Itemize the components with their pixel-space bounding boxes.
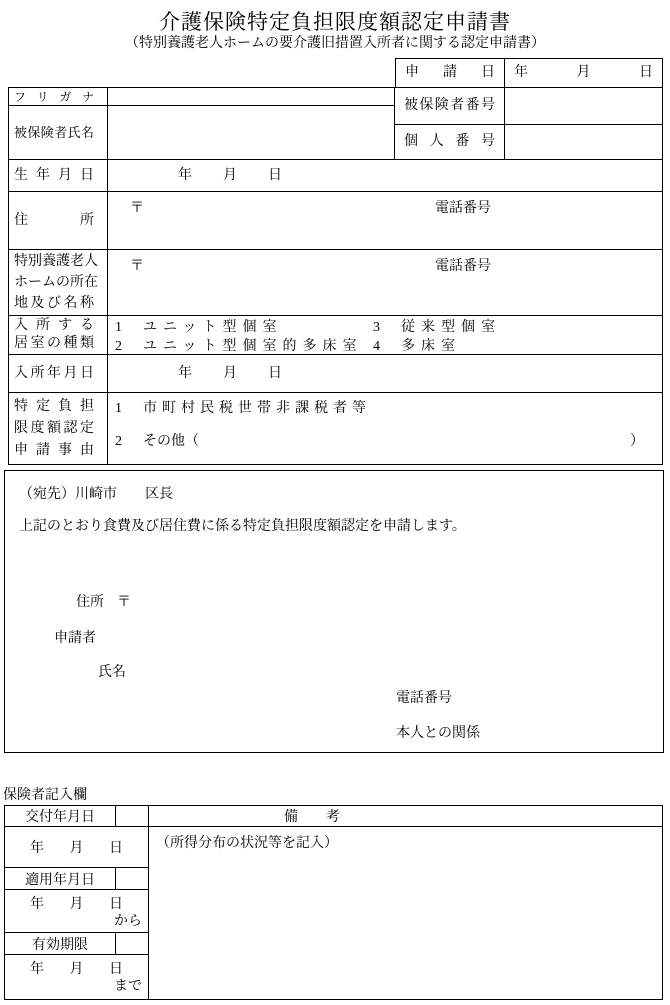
apply-date-value-cell[interactable]: 年月日 から [5,890,148,933]
validity-value-cell[interactable]: 年月日 まで [5,955,148,998]
applicant-name-label: 氏名 [98,661,126,681]
issue-date-header-row: 交付年月日 [5,806,148,827]
room-option-4[interactable]: 4 多床室 [373,337,461,356]
insurer-section-heading: 保険者記入欄 [3,784,87,804]
room-type-label-line1: 入所する [14,317,94,335]
address-phone-label: 電話番号 [435,200,491,218]
birth-date-label: 生年月日 [14,167,94,185]
room-type-label-line2: 居室の種類 [14,335,94,353]
application-date-label: 申請日 [405,64,495,82]
reason-label-line3: 申請事由 [14,440,94,462]
room-option-3-text: 従来型個室 [401,318,501,337]
application-date-value-cell[interactable]: 年月日 [505,58,663,88]
application-form-page: 介護保険特定負担限度額認定申請書 （特別養護老人ホームの要介護旧措置入所者に関す… [0,0,670,1005]
application-date-placeholder: 年月日 [514,64,653,82]
address-label: 住所 [14,212,94,230]
room-option-1-text: ユニット型個室 [143,318,282,337]
room-option-2-num: 2 [115,337,143,356]
application-date-label-cell: 申請日 [395,58,505,88]
facility-label-line3: 地及び名称 [14,293,94,314]
applicant-phone-label: 電話番号 [396,687,452,707]
postal-mark: 〒 [130,259,144,274]
personal-number-label-cell: 個人番号 [395,125,505,160]
room-option-4-num: 4 [373,337,401,356]
postal-mark: 〒 [117,591,131,611]
validity-suffix: まで [30,978,142,995]
room-option-1-num: 1 [115,318,143,337]
room-option-2-text: ユニット型個室的多床室 [143,337,362,356]
remarks-header-cell: 備 考 [149,806,662,827]
validity-label: 有効期限 [5,933,116,954]
reason-option-2-blank[interactable] [199,433,630,451]
reason-label-line1: 特定負担 [14,396,94,418]
reason-option-2-num: 2 [115,433,143,451]
address-label-cell: 住所 [8,192,108,250]
furigana-label-cell: フリガナ [8,88,108,106]
reason-options-cell: 1 市町村民税世帯非課税者等 2 その他（ ） [108,393,663,465]
furigana-label: フリガナ [14,88,94,106]
personal-number-value-cell[interactable] [505,125,663,160]
reason-option-2[interactable]: 2 その他（ ） [115,433,644,451]
room-option-3-num: 3 [373,318,401,337]
admission-date-label-cell: 入所年月日 [8,355,108,393]
applicant-info-table: 申請日 年月日 フリガナ 被保険者番号 被保険者氏名 個人番号 生年月日 年 [8,58,663,465]
room-type-options-cell: 1 ユニット型個室 3 従来型個室 2 ユニット型個室的多床室 4 多床室 [108,316,663,355]
apply-date-header-row: 適用年月日 [5,868,148,890]
validity-header-row: 有効期限 [5,933,148,955]
issue-date-label: 交付年月日 [5,806,116,826]
reason-option-2-close-paren: ） [630,433,644,451]
birth-date-value-cell[interactable]: 年月日 [108,160,663,192]
reason-label-line2: 限度額認定 [14,418,94,440]
form-subtitle: （特別養護老人ホームの要介護旧措置入所者に関する認定申請書） [0,32,670,52]
birth-date-label-cell: 生年月日 [8,160,108,192]
insured-number-value-cell[interactable] [505,88,663,125]
apply-date-label: 適用年月日 [5,868,116,889]
room-type-label-cell: 入所する 居室の種類 [8,316,108,355]
facility-label-line2: ホームの所在 [14,272,94,293]
facility-label-cell: 特別養護老人 ホームの所在 地及び名称 [8,250,108,316]
validity-placeholder: 年月日 [30,958,142,978]
reason-option-2-text: その他（ [143,433,199,451]
facility-value-cell[interactable]: 〒 電話番号 [108,250,663,316]
reason-option-1[interactable]: 1 市町村民税世帯非課税者等 [115,400,644,418]
personal-number-label: 個人番号 [404,133,495,151]
insured-number-label: 被保険者番号 [404,97,495,115]
reason-option-1-text: 市町村民税世帯非課税者等 [143,400,371,418]
header-spacer [8,58,395,88]
addressee-line: （宛先）川崎市 区長 [19,483,173,503]
admission-date-value-cell[interactable]: 年月日 [108,355,663,393]
admission-date-label: 入所年月日 [14,365,94,383]
admission-date-placeholder: 年月日 [178,365,282,383]
birth-date-placeholder: 年月日 [178,167,282,185]
applicant-relationship-label: 本人との関係 [396,722,480,742]
facility-label-line1: 特別養護老人 [14,251,94,272]
insured-name-label: 被保険者氏名 [14,124,94,142]
remarks-label: 備 考 [284,806,340,826]
facility-phone-label: 電話番号 [435,258,491,276]
address-value-cell[interactable]: 〒 電話番号 [108,192,663,250]
reason-label-cell: 特定負担 限度額認定 申請事由 [8,393,108,465]
insured-number-label-cell: 被保険者番号 [395,88,505,125]
remarks-note: （所得分布の状況等を記入） [156,836,338,851]
room-option-3[interactable]: 3 従来型個室 [373,318,501,337]
remarks-body-cell[interactable]: （所得分布の状況等を記入） [149,827,662,999]
issue-date-value-cell[interactable]: 年月日 [5,827,148,868]
furigana-value-cell[interactable] [108,88,395,106]
room-option-4-text: 多床室 [401,337,461,356]
insured-name-value-cell[interactable] [108,106,395,160]
room-option-1[interactable]: 1 ユニット型個室 [115,318,373,337]
apply-date-placeholder: 年月日 [30,893,142,913]
postal-mark: 〒 [130,201,144,216]
declaration-box: （宛先）川崎市 区長 上記のとおり食費及び居住費に係る特定負担限度額認定を申請し… [4,470,664,753]
insured-name-label-cell: 被保険者氏名 [8,106,108,160]
applicant-address-line[interactable]: 住所 〒 [76,591,131,611]
apply-date-suffix: から [30,913,142,930]
insurer-table-remarks-column: 備 考 （所得分布の状況等を記入） [149,806,662,999]
reason-option-1-num: 1 [115,400,143,418]
room-option-2[interactable]: 2 ユニット型個室的多床室 [115,337,373,356]
declaration-statement: 上記のとおり食費及び居住費に係る特定負担限度額認定を申請します。 [19,515,466,535]
applicant-address-label: 住所 [76,591,104,611]
insurer-table-left-column: 交付年月日 年月日 適用年月日 年月日 から 有効期限 年月日 まで [5,806,149,999]
issue-date-placeholder: 年月日 [30,837,142,857]
applicant-label: 申請者 [54,627,96,647]
insurer-table: 交付年月日 年月日 適用年月日 年月日 から 有効期限 年月日 まで 備 考 [4,805,663,1000]
